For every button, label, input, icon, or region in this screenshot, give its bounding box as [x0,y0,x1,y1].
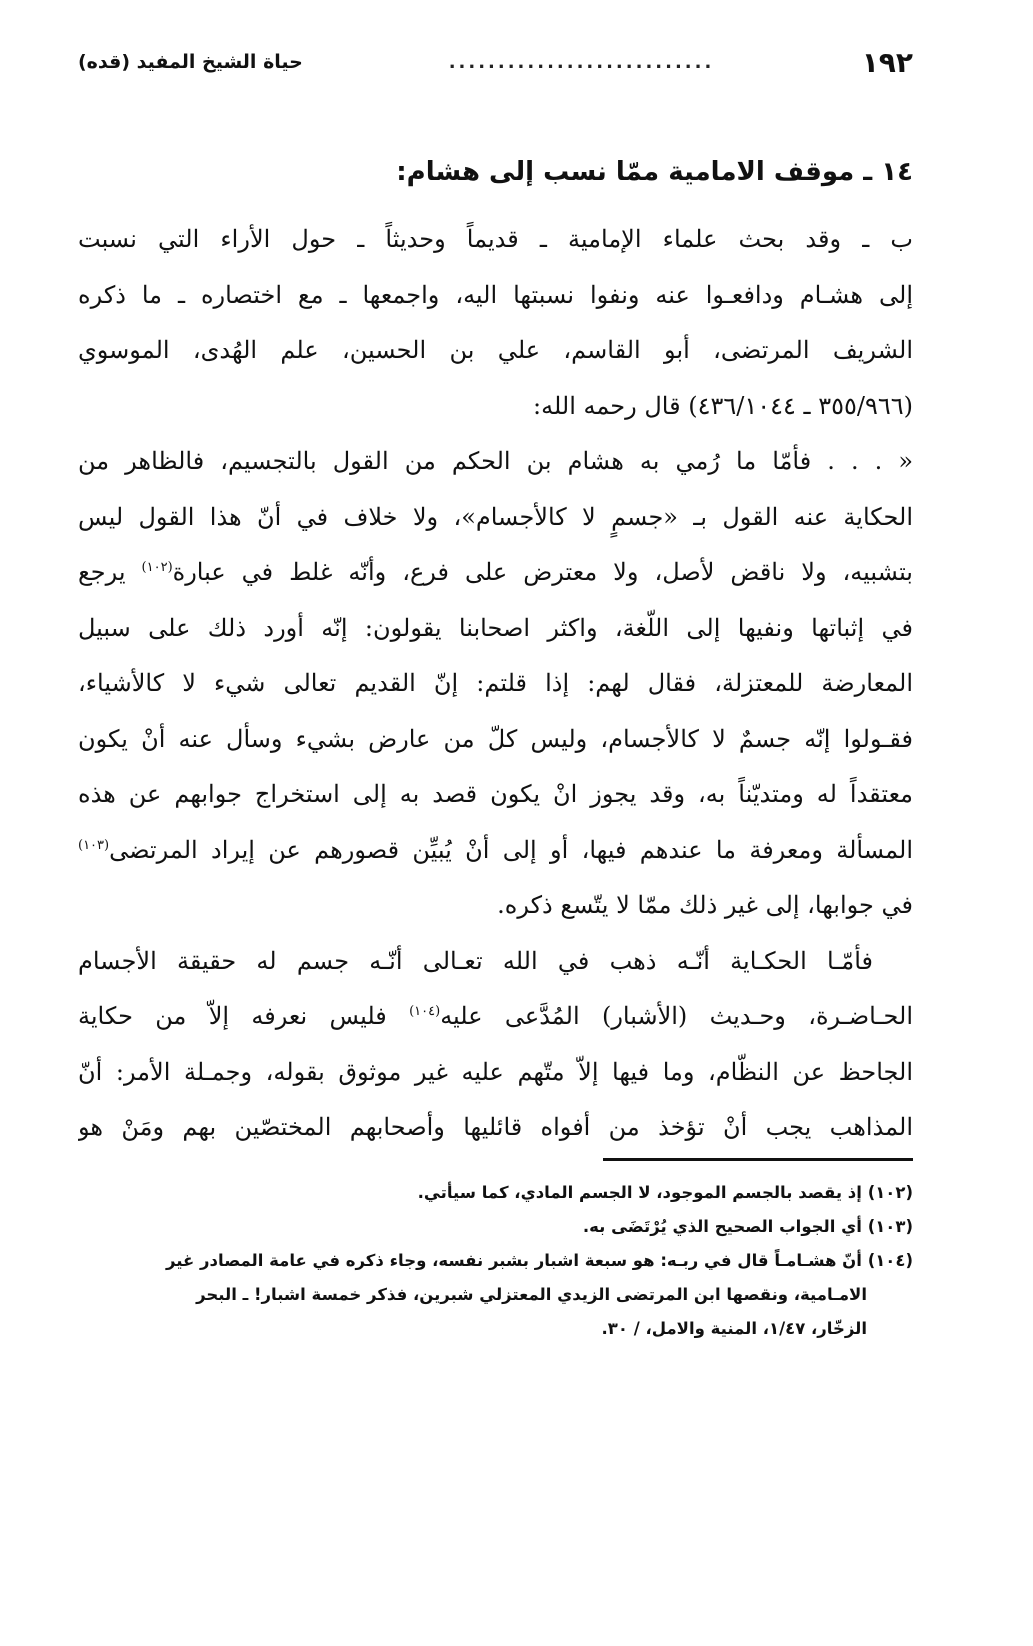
footnote-104: (١٠٤) أنّ هشـامـاً قال في ربـه: هو سبعة … [78,1244,913,1346]
leader-dots: ........................... [449,52,715,73]
section-heading: ١٤ ـ موقف الامامية ممّا نسب إلى هشام: [120,150,913,194]
footnote-ref-102[interactable]: (١٠٢) [142,560,173,575]
body-line: فقـولوا إنّه جسمٌ لا كالأجسام، وليس كلّ … [78,712,913,768]
footnote-103: (١٠٣) أي الجواب الصحيح الذي يُرْتَضَى به… [78,1210,913,1244]
body-text: ب ـ وقد بحث علماء الإمامية ـ قديماً وحدي… [78,212,913,1156]
body-line: المسألة ومعرفة ما عندهم فيها، أو إلى أنْ… [78,823,913,879]
footnote-text-continued: الزخّار، ١/٤٧، المنية والامل، / ٣٠. [78,1312,913,1346]
body-line-tail: يرجع [78,558,126,586]
body-line: بتشبيه، ولا ناقض لأصل، ولا معترض على فرع… [78,545,913,601]
footnote-ref-103[interactable]: (١٠٣) [78,838,109,853]
body-line: إلى هشـام ودافعـوا عنه ونفوا نسبتها اليه… [78,268,913,324]
running-title-group: حياة الشيخ المفيد (قده) [78,51,303,73]
footnote-divider [603,1158,913,1161]
body-line: ب ـ وقد بحث علماء الإمامية ـ قديماً وحدي… [78,212,913,268]
body-line-text: المسألة ومعرفة ما عندهم فيها، أو إلى أنْ… [109,836,913,864]
footnote-number: (١٠٤) [868,1251,913,1270]
body-line-tail: فليس نعرفه إلاّ من حكاية [78,1002,387,1030]
body-line: معتقداً له ومتديّناً به، وقد يجوز انْ يك… [78,767,913,823]
running-title: حياة الشيخ المفيد (قده) [78,51,303,73]
footnote-text: إذ يقصد بالجسم الموجود، لا الجسم المادي،… [418,1183,862,1202]
body-line: المعارضة للمعتزلة، فقال لهم: إذا قلتم: إ… [78,656,913,712]
body-line: في جوابها، إلى غير ذلك ممّا لا يتّسع ذكر… [78,878,913,934]
footnote-102: (١٠٢) إذ يقصد بالجسم الموجود، لا الجسم ا… [78,1176,913,1210]
footnote-ref-104[interactable]: (١٠٤) [409,1004,440,1019]
footnotes: (١٠٢) إذ يقصد بالجسم الموجود، لا الجسم ا… [78,1176,913,1346]
leader-dots-row: ........................... [330,42,833,82]
footnote-text: أنّ هشـامـاً قال في ربـه: هو سبعة اشبار … [166,1251,862,1270]
body-line: المذاهب يجب أنْ تؤخذ من أفواه قائليها وأ… [78,1100,913,1156]
body-line: الشريف المرتضى، أبو القاسم، علي بن الحسي… [78,323,913,379]
footnote-text-continued: الامـامية، ونقصها ابن المرتضى الزيدي الم… [78,1278,913,1312]
body-line: (٣٥٥/٩٦٦ ـ ٤٣٦/١٠٤٤) قال رحمه الله: [78,379,913,435]
body-line: فأمّـا الحكـاية أنّـه ذهب في الله تعـالى… [78,934,913,990]
footnote-number: (١٠٣) [868,1217,913,1236]
book-page: ١٩٢ حياة الشيخ المفيد (قده) ............… [0,0,1033,1646]
footnote-text: أي الجواب الصحيح الذي يُرْتَضَى به. [583,1217,862,1236]
body-line: الحكاية عنه القول بـ «جسمٍ لا كالأجسام»،… [78,490,913,546]
body-line-text: بتشبيه، ولا ناقض لأصل، ولا معترض على فرع… [173,558,913,586]
footnote-number: (١٠٢) [868,1183,913,1202]
page-number: ١٩٢ [862,46,913,79]
body-line: الحـاضـرة، وحـديث (الأشبار) المُدَّعى عل… [78,989,913,1045]
body-line: في إثباتها ونفيها إلى اللّغة، واكثر اصحا… [78,601,913,657]
body-line: الجاحظ عن النظّام، وما فيها إلاّ متّهم ع… [78,1045,913,1101]
body-line-text: الحـاضـرة، وحـديث (الأشبار) المُدَّعى عل… [440,1002,913,1030]
body-line: « . . . فأمّا ما رُمي به هشام بن الحكم م… [78,434,913,490]
